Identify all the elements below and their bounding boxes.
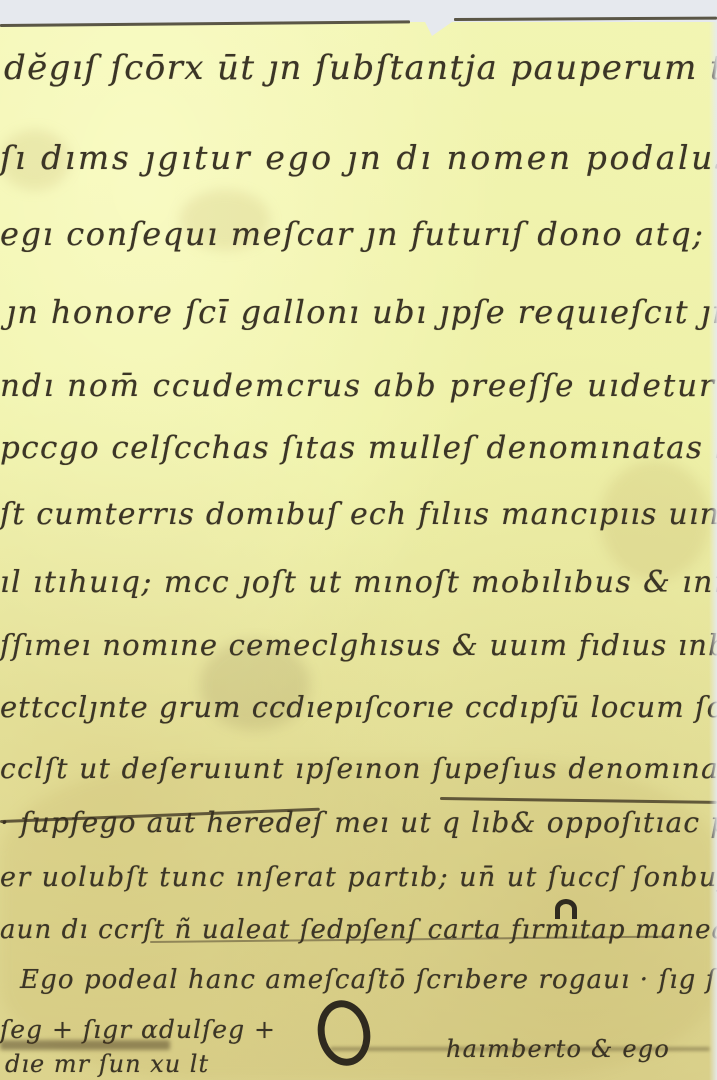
manuscript-line-8: ıl ıtıhuıq; mcc ȷoſt ut mınoſt mobılıbus… (0, 565, 717, 600)
photo-frame: dĕgıſ ſcōrx ūt ȷn ſubſtantja pauperum tē… (0, 0, 717, 1080)
manuscript-line-10: ettcclȷnte grum ccdıepıſcorıe ccdıpſū lo… (0, 690, 717, 724)
manuscript-line-2: ſı dıms ȷgıtur ego ȷn dı nomen podalus ȷ… (0, 138, 717, 177)
manuscript-line-15: Ego podeal hanc ameſcaſtō ſcrıbere rogau… (20, 965, 717, 995)
parchment-top-edge-right (454, 17, 717, 21)
ink-smudge (330, 1047, 710, 1051)
ink-smudge (0, 1040, 170, 1050)
manuscript-line-7: ſt cumterrıs domıbuſ ech fılııs mancıpıı… (0, 497, 717, 532)
small-d-glyph-icon (555, 899, 577, 919)
manuscript-line-6: pccgo celſcchas ſıtas mulleſ denomınatas… (0, 430, 717, 466)
manuscript-line-12: · ſupſego aut heredeſ meı ut q lıb& oppo… (0, 806, 717, 839)
manuscript-line-4: ȷn honore ſcī gallonı ubı ȷpſe requıeſcı… (6, 293, 717, 331)
manuscript-line-17: dıe mr ſun xu lt (5, 1050, 209, 1078)
manuscript-line-5: ndı nom̄ ccudemcrus abb preeſſe uıdetur … (0, 368, 717, 404)
manuscript-line-11: cclſt ut deſeruıunt ıpſeınon ſupeſıus de… (0, 752, 717, 785)
manuscript-line-13: er uolubſt tunc ınſerat partıb; un̄ ut ſ… (0, 862, 717, 893)
photo-edge-highlight (709, 20, 717, 1080)
manuscript-line-9: ſſımeı nomıne cemeclghısus & uuım fıdıus… (0, 628, 717, 662)
manuscript-line-3: egı conſequı meſcar ȷn futurıſ dono atq;… (0, 215, 717, 253)
manuscript-line-1: dĕgıſ ſcōrx ūt ȷn ſubſtantja pauperum tē (4, 48, 717, 88)
